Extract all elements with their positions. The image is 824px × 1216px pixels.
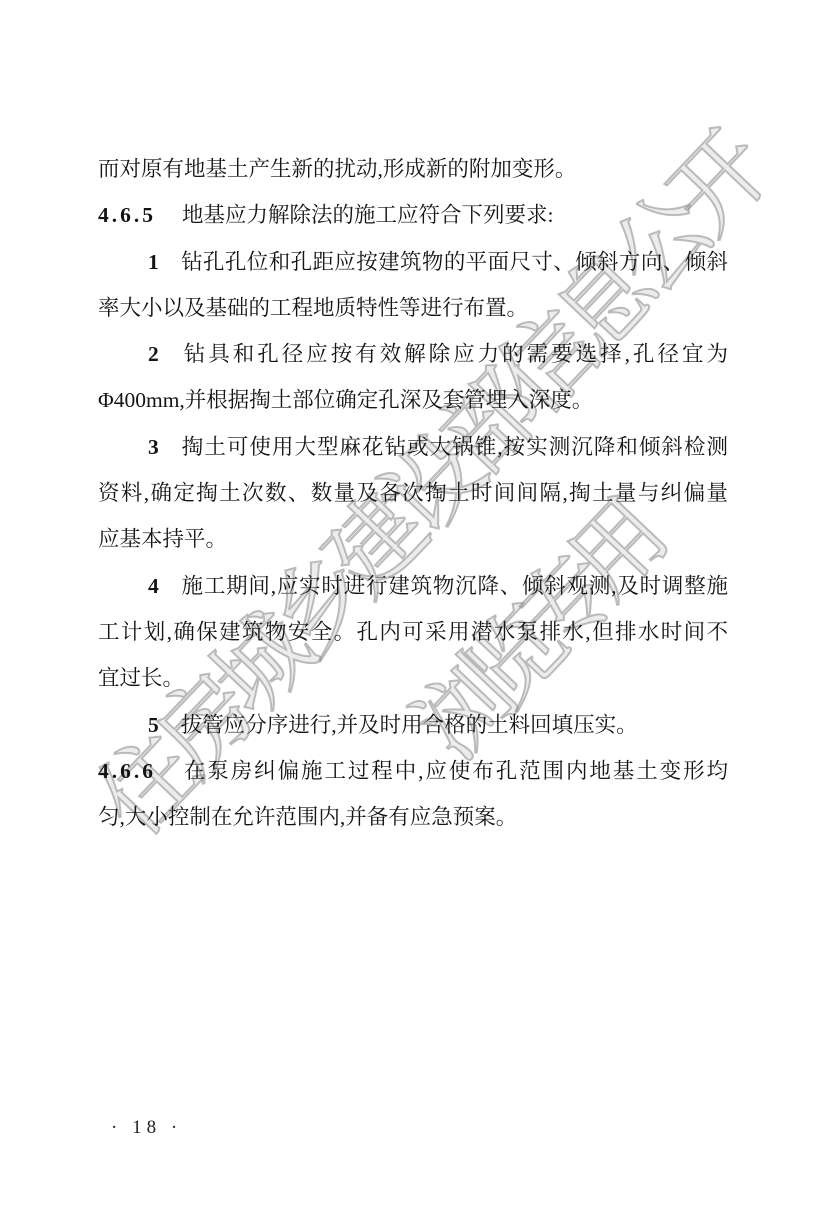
document-lines: 而对原有地基土产生新的扰动,形成新的附加变形。4.6.5地基应力解除法的施工应符… <box>98 146 728 840</box>
text-line: 2钻具和孔径应按有效解除应力的需要选择,孔径宜为 <box>98 331 728 377</box>
item-number: 4 <box>148 574 159 598</box>
text-line: 宜过长。 <box>98 655 728 701</box>
text-line: 率大小以及基础的工程地质特性等进行布置。 <box>98 285 728 331</box>
item-number: 5 <box>148 713 159 737</box>
item-number: 3 <box>148 435 159 459</box>
line-text: 资料,确定掏土次数、数量及各次掏土时间间隔,掏土量与纠偏量 <box>98 481 728 505</box>
text-line: 4施工期间,应实时进行建筑物沉降、倾斜观测,及时调整施 <box>98 563 728 609</box>
line-text: 而对原有地基土产生新的扰动,形成新的附加变形。 <box>98 157 576 181</box>
line-text: 工计划,确保建筑物安全。孔内可采用潜水泵排水,但排水时间不 <box>98 620 728 644</box>
text-line: 1钻孔孔位和孔距应按建筑物的平面尺寸、倾斜方向、倾斜 <box>98 239 728 285</box>
line-text: 钻具和孔径应按有效解除应力的需要选择,孔径宜为 <box>181 342 728 366</box>
line-text: 拔管应分序进行,并及时用合格的土料回填压实。 <box>181 713 638 737</box>
text-line: 工计划,确保建筑物安全。孔内可采用潜水泵排水,但排水时间不 <box>98 609 728 655</box>
clause-number: 4.6.5 <box>98 203 156 227</box>
text-line: Φ400mm,并根据掏土部位确定孔深及套管埋入深度。 <box>98 377 728 423</box>
text-line: 4.6.5地基应力解除法的施工应符合下列要求: <box>98 192 728 238</box>
page-number-footer: · 18 · <box>111 1105 182 1151</box>
text-line: 3掏土可使用大型麻花钻或大锅锥,按实测沉降和倾斜检测 <box>98 424 728 470</box>
item-number: 1 <box>148 250 159 274</box>
line-text: Φ400mm,并根据掏土部位确定孔深及套管埋入深度。 <box>98 388 593 412</box>
text-line: 5拔管应分序进行,并及时用合格的土料回填压实。 <box>98 702 728 748</box>
line-text: 掏土可使用大型麻花钻或大锅锥,按实测沉降和倾斜检测 <box>181 435 728 459</box>
line-text: 率大小以及基础的工程地质特性等进行布置。 <box>98 296 528 320</box>
text-line: 匀,大小控制在允许范围内,并备有应急预案。 <box>98 794 728 840</box>
line-text: 钻孔孔位和孔距应按建筑物的平面尺寸、倾斜方向、倾斜 <box>181 250 728 274</box>
item-number: 2 <box>148 342 159 366</box>
line-text: 应基本持平。 <box>98 527 227 551</box>
text-line: 而对原有地基土产生新的扰动,形成新的附加变形。 <box>98 146 728 192</box>
text-line: 应基本持平。 <box>98 516 728 562</box>
line-text: 在泵房纠偏施工过程中,应使布孔范围内地基土变形均 <box>182 759 728 783</box>
line-text: 地基应力解除法的施工应符合下列要求: <box>182 203 553 227</box>
clause-number: 4.6.6 <box>98 759 156 783</box>
line-text: 施工期间,应实时进行建筑物沉降、倾斜观测,及时调整施 <box>181 574 728 598</box>
line-text: 匀,大小控制在允许范围内,并备有应急预案。 <box>98 805 517 829</box>
page: 住房城乡建设部信息公开 浏览专用 而对原有地基土产生新的扰动,形成新的附加变形。… <box>0 0 824 1216</box>
text-line: 资料,确定掏土次数、数量及各次掏土时间间隔,掏土量与纠偏量 <box>98 470 728 516</box>
line-text: 宜过长。 <box>98 666 184 690</box>
text-line: 4.6.6在泵房纠偏施工过程中,应使布孔范围内地基土变形均 <box>98 748 728 794</box>
